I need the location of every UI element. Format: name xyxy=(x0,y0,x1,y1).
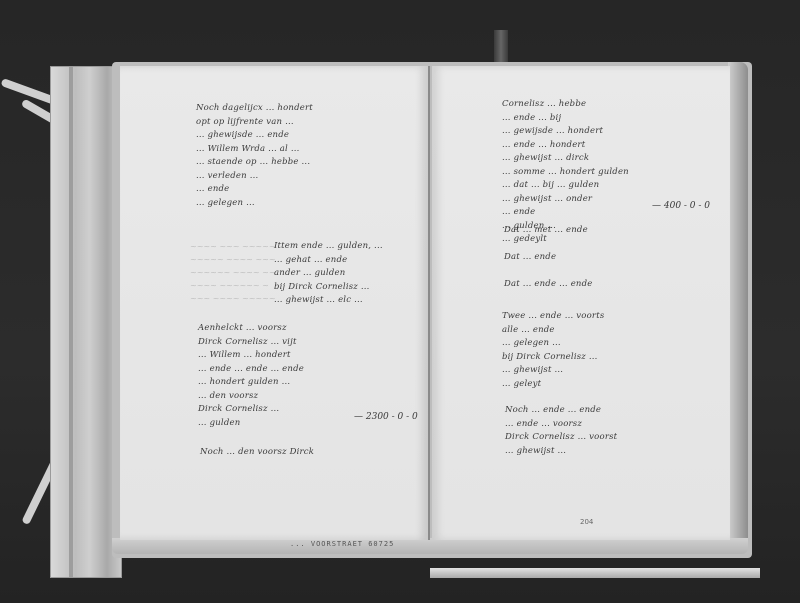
page-edges-right xyxy=(728,62,748,548)
right-entry-3: Dat ... ende xyxy=(504,251,556,265)
right-entry-5: Twee ... ende ... voorts alle ... ende .… xyxy=(502,310,604,391)
left-entry-3: Aenhelckt ... voorsz Dirck Cornelisz ...… xyxy=(198,322,304,430)
bleed-through-text: ~~~~ ~~~ ~~~~~ ~~~~~ ~~~~ ~~~ ~~~~~~ ~~~… xyxy=(190,240,276,305)
folio-number: 204 xyxy=(580,518,593,526)
right-entry-2: Dat ... met ... ende xyxy=(504,224,588,238)
support-board xyxy=(430,568,760,578)
right-amount: — 400 - 0 - 0 xyxy=(652,201,710,211)
left-entry-2: Ittem ende ... gulden, ... ... gehat ...… xyxy=(274,240,383,308)
right-entry-4: Dat ... ende ... ende xyxy=(504,278,592,292)
left-amount: — 2300 - 0 - 0 xyxy=(354,412,418,422)
left-entry-1: Noch dagelijcx ... hondert opt op lijfre… xyxy=(196,102,313,210)
page-edges-bottom xyxy=(112,538,748,554)
left-entry-4: Noch ... den voorsz Dirck xyxy=(200,446,314,460)
archive-stamp: ... VOORSTRAET 60725 xyxy=(290,540,394,548)
right-entry-6: Noch ... ende ... ende ... ende ... voor… xyxy=(505,404,617,458)
